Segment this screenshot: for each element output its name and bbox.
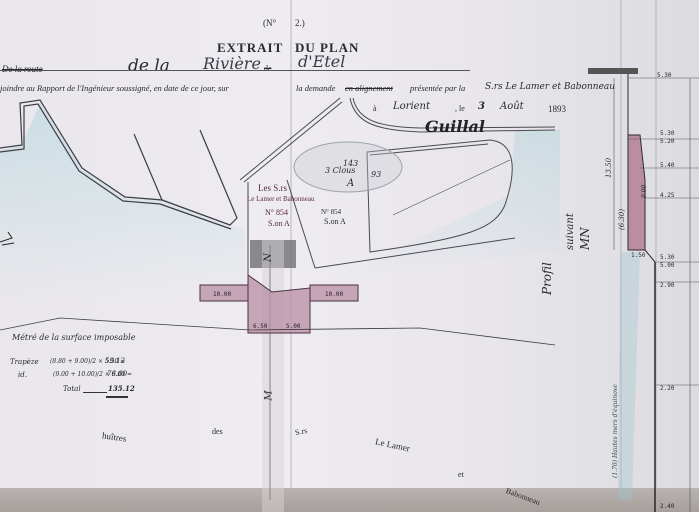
svg-text:5.40: 5.40 (660, 162, 675, 169)
axis-label-n: N (263, 253, 274, 262)
high-tide-note: (1.70) Hautes mers d'équinoxe (612, 384, 619, 478)
profile-title-suivant: suivant (565, 213, 576, 250)
water-wash (0, 103, 245, 300)
report-line-left: joindre au Rapport de l'Ingénieur soussi… (0, 83, 229, 93)
svg-text:5.20: 5.20 (660, 138, 675, 145)
svg-text:6.50: 6.50 (253, 323, 268, 330)
svg-text:5.00: 5.00 (660, 262, 675, 269)
place-prefix: à (373, 104, 377, 113)
svg-text:5.00: 5.00 (286, 323, 301, 330)
applicant-names: S.rs Le Lamer et Babonneau (485, 82, 615, 92)
total-double-underline (106, 396, 128, 398)
owners-label-1: Les S.rs (258, 183, 287, 193)
enclosure-number: 93 (371, 170, 381, 179)
report-line-right: la demande (296, 83, 335, 93)
calc-row2-label: id. (18, 371, 27, 379)
profile-title-mn: MN (578, 227, 592, 250)
profile-cap (588, 68, 638, 74)
profile-side-dim: 9.00 (641, 185, 648, 198)
title-underline (0, 70, 470, 71)
svg-text:5.30: 5.30 (657, 72, 672, 79)
label-des: des (212, 427, 223, 436)
svg-text:2.90: 2.90 (660, 282, 675, 289)
date-day: 3 (478, 101, 485, 112)
parcel-right-number: N° 854 (321, 208, 341, 216)
struck-alignment: en alignement (345, 83, 393, 93)
parcel-left-section: S.on A (268, 219, 290, 228)
calc-total-label: Total (63, 385, 81, 393)
profile-section: 5.30 5.30 5.20 5.40 4.25 5.30 5.00 2.90 … (588, 68, 699, 512)
calc-title: Métré de la surface imposable (12, 333, 135, 342)
svg-text:2.40: 2.40 (660, 503, 675, 510)
profile-title-profil: Profil (540, 262, 554, 295)
subject-de-la: de la (128, 56, 170, 76)
calc-row1-label: Trapèze (10, 358, 39, 366)
calc-row2-result: 76.00 (107, 370, 127, 378)
subject-place: d'Etel (298, 52, 345, 71)
svg-text:1.50: 1.50 (631, 252, 646, 259)
stamp-section: A (347, 178, 354, 189)
parcel-left-number: N° 854 (265, 208, 288, 217)
engineer-signature: Guillal (425, 117, 485, 136)
profile-overall-height: 13.50 (605, 158, 613, 178)
date-prefix: , le (455, 104, 465, 113)
parcel-right-section: S.on A (324, 217, 346, 226)
calc-total-value: 135.12 (108, 384, 135, 393)
date-month: Août (500, 101, 524, 112)
profile-fill-height: (6.30) (618, 209, 626, 230)
svg-text:10.00: 10.00 (325, 291, 343, 298)
svg-text:2.20: 2.20 (660, 385, 675, 392)
owners-label-2: Le Lamer et Babonneau (247, 195, 314, 203)
document-number-value: 2.) (295, 18, 305, 28)
axis-label-m: M (264, 390, 275, 400)
date-year: 1893 (548, 104, 566, 114)
stamp-text: 3 Clous (325, 166, 355, 175)
svg-text:10.00: 10.00 (213, 291, 231, 298)
calc-row1-result: 59.12 (105, 357, 125, 365)
document-number-label: (N° (263, 18, 276, 28)
place-name: Lorient (393, 101, 430, 112)
struck-de: de (264, 64, 272, 73)
presented-by: présentée par la (410, 83, 465, 93)
svg-text:5.30: 5.30 (660, 254, 675, 261)
label-et: et (458, 470, 464, 479)
struck-route: De la route (2, 64, 43, 74)
svg-text:5.30: 5.30 (660, 130, 675, 137)
svg-text:4.25: 4.25 (660, 192, 675, 199)
